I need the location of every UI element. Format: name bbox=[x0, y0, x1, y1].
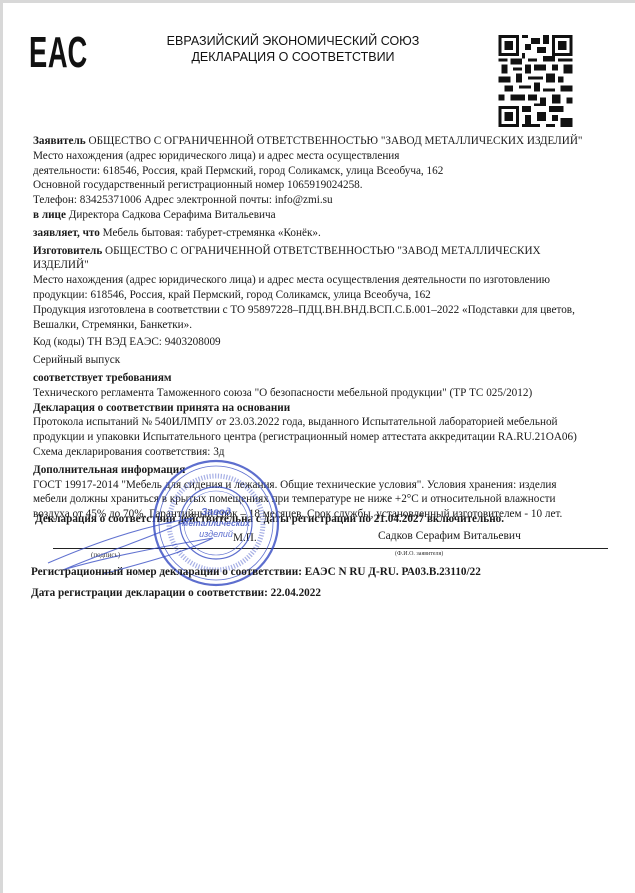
qr-code-icon[interactable] bbox=[498, 35, 573, 127]
name-caption: (Ф.И.О. заявителя) bbox=[395, 551, 443, 557]
eac-logo: ЕАС bbox=[29, 31, 88, 75]
applicant-ogrn: Основной государственный регистрационный… bbox=[33, 178, 593, 193]
applicant-contacts: Телефон: 83425371006 Адрес электронной п… bbox=[33, 193, 593, 208]
declares-label: заявляет, что bbox=[33, 227, 100, 239]
applicant-name: ОБЩЕСТВО С ОГРАНИЧЕННОЙ ОТВЕТСТВЕННОСТЬЮ… bbox=[89, 135, 583, 147]
applicant-represented: в лице Директора Садкова Серафима Виталь… bbox=[33, 208, 593, 223]
applicant-address-1: Место нахождения (адрес юридического лиц… bbox=[33, 149, 593, 164]
svg-text:изделий: изделий bbox=[199, 529, 233, 539]
declaration-page: ЕАС ЕВРАЗИЙСКИЙ ЭКОНОМИЧЕСКИЙ СОЮЗ ДЕКЛА… bbox=[3, 3, 635, 893]
document-title: ДЕКЛАРАЦИЯ О СООТВЕТСТВИИ bbox=[153, 49, 433, 65]
union-title: ЕВРАЗИЙСКИЙ ЭКОНОМИЧЕСКИЙ СОЮЗ bbox=[153, 33, 433, 49]
registration-number: Регистрационный номер декларации о соотв… bbox=[31, 566, 481, 578]
represented-label: в лице bbox=[33, 209, 66, 221]
declaration-scheme: Схема декларирования соответствия: 3д bbox=[33, 445, 593, 460]
document-header: ЕВРАЗИЙСКИЙ ЭКОНОМИЧЕСКИЙ СОЮЗ ДЕКЛАРАЦИ… bbox=[153, 33, 433, 65]
applicant-block: Заявитель ОБЩЕСТВО С ОГРАНИЧЕННОЙ ОТВЕТС… bbox=[33, 134, 593, 149]
svg-text:металлических: металлических bbox=[182, 518, 251, 528]
manufacturer-label: Изготовитель bbox=[33, 245, 102, 257]
manufacturer-name: ОБЩЕСТВО С ОГРАНИЧЕННОЙ ОТВЕТСТВЕННОСТЬЮ… bbox=[33, 245, 541, 272]
basis-text: Протокола испытаний № 540ИЛМПУ от 23.03.… bbox=[33, 415, 593, 445]
manufacturer-address: Место нахождения (адрес юридического лиц… bbox=[33, 273, 593, 303]
release-type: Серийный выпуск bbox=[33, 353, 593, 368]
signer-name: Садков Серафим Витальевич bbox=[378, 530, 521, 542]
basis-label: Декларация о соответствии принята на осн… bbox=[33, 401, 593, 416]
product-name: Мебель бытовая: табурет-стремянка «Конёк… bbox=[103, 227, 321, 239]
manufacturer-block: Изготовитель ОБЩЕСТВО С ОГРАНИЧЕННОЙ ОТВ… bbox=[33, 244, 593, 274]
registration-date: Дата регистрации декларации о соответств… bbox=[31, 587, 321, 599]
manufacturer-produced-per: Продукция изготовлена в соответствии с Т… bbox=[33, 303, 593, 333]
represented-by: Директора Садкова Серафима Витальевича bbox=[69, 209, 276, 221]
svg-text:Завод: Завод bbox=[201, 507, 231, 518]
declares-block: заявляет, что Мебель бытовая: табурет-ст… bbox=[33, 226, 593, 241]
applicant-label: Заявитель bbox=[33, 135, 86, 147]
additional-label: Дополнительная информация bbox=[33, 463, 593, 478]
tnved-code: Код (коды) ТН ВЭД ЕАЭС: 9403208009 bbox=[33, 335, 593, 350]
requirements-label: соответствует требованиям bbox=[33, 371, 593, 386]
applicant-address-2: деятельности: 618546, Россия, край Пермс… bbox=[33, 164, 593, 179]
requirements-text: Технического регламента Таможенного союз… bbox=[33, 386, 593, 401]
declaration-body: Заявитель ОБЩЕСТВО С ОГРАНИЧЕННОЙ ОТВЕТС… bbox=[33, 134, 593, 522]
